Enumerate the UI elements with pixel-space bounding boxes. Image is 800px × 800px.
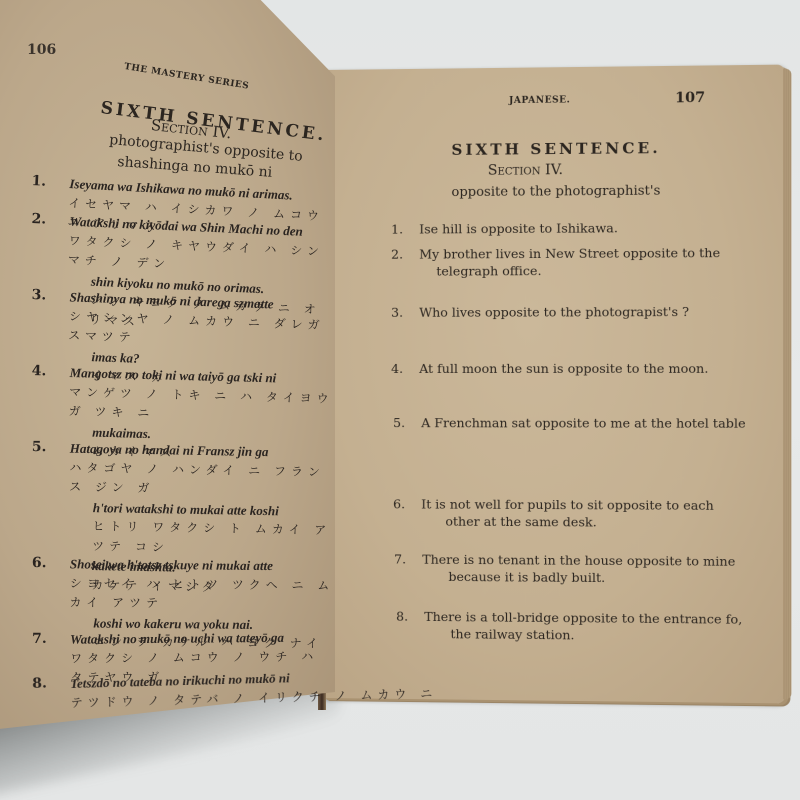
katakana-line: シヨセイ ハ ヒトツ ツクヘ ニ ムカイ アツテ — [31, 573, 334, 615]
running-head: THE MASTERY SERIES — [123, 62, 249, 92]
running-head: JAPANESE. — [509, 95, 570, 106]
list-item: 8.There is a toll-bridge opposite to the… — [396, 608, 742, 645]
page-title: SIXTH SENTENCE. — [451, 139, 660, 159]
item-number: 5. — [32, 438, 47, 458]
item-number: 3. — [31, 286, 46, 306]
list-item: 6.It is not well for pupils to sit oppos… — [393, 495, 714, 531]
list-item: 5.A Frenchman sat opposite to me at the … — [393, 414, 746, 432]
item-text: A Frenchman sat opposite to me at the ho… — [421, 415, 745, 431]
list-item: 3.Who lives opposite to the photograpist… — [391, 303, 689, 321]
item-number: 2. — [31, 210, 46, 230]
page-number: 107 — [675, 90, 705, 107]
section-heading: Section IV. — [488, 162, 563, 179]
item-text: At full moon the sun is opposite to the … — [419, 361, 708, 376]
page-block-edge — [783, 69, 791, 700]
list-item: 4.At full moon the sun is opposite to th… — [391, 360, 708, 377]
item-continuation: other at the same desk. — [393, 512, 714, 531]
item-text: Ise hill is opposite to Ishikawa. — [419, 220, 618, 236]
katakana-line: マンゲツ ノ トキ ニ ハ タイヨウ ガ ツキ ニ — [30, 381, 334, 428]
list-item: 1.Ise hill is opposite to Ishikawa. — [391, 219, 618, 237]
item-continuation: the railway station. — [396, 625, 742, 645]
item-text: Who lives opposite to the photograpist's… — [419, 304, 689, 320]
list-item: 2.My brother lives in New Street opposit… — [391, 244, 720, 280]
right-page: JAPANESE. 107 SIXTH SENTENCE. Section IV… — [323, 65, 785, 704]
item-text: My brother lives in New Street opposite … — [419, 245, 720, 262]
item-text: It is not well for pupils to sit opposit… — [421, 496, 714, 512]
item-continuation: telegraph office. — [391, 261, 720, 280]
subtitle: opposite to the photographist's — [451, 183, 660, 200]
item-number: 1. — [391, 220, 419, 237]
item-number: 6. — [393, 495, 421, 512]
item-number: 8. — [396, 608, 424, 625]
item-number: 2. — [391, 246, 419, 263]
item-number: 4. — [391, 360, 419, 377]
katakana-line: ハタゴヤ ノ ハンダイ ニ フランス ジン ガ — [31, 457, 335, 501]
item-text: There is no tenant in the house opposite… — [422, 552, 735, 569]
item-number: 7. — [394, 550, 422, 567]
page-number: 106 — [27, 42, 56, 58]
list-item: 7.There is no tenant in the house opposi… — [394, 550, 735, 587]
romaji-line: Shosei wa h'totsz tskuye ni mukai atte — [32, 554, 335, 576]
item-number: 3. — [391, 304, 419, 321]
item-text: There is a toll-bridge opposite to the e… — [424, 609, 742, 627]
romaji-line: Watakshi no mukō no uchi wa tateyō ga — [32, 627, 335, 649]
item-continuation: because it is badly built. — [394, 567, 735, 587]
left-page: 106 THE MASTERY SERIES SIXTH SENTENCE. S… — [0, 0, 335, 730]
item-number: 6. — [32, 554, 47, 574]
item-number: 8. — [32, 675, 47, 695]
item-number: 7. — [32, 630, 47, 650]
item-number: 4. — [31, 362, 46, 382]
item-number: 1. — [31, 172, 47, 192]
item-number: 5. — [393, 414, 421, 431]
